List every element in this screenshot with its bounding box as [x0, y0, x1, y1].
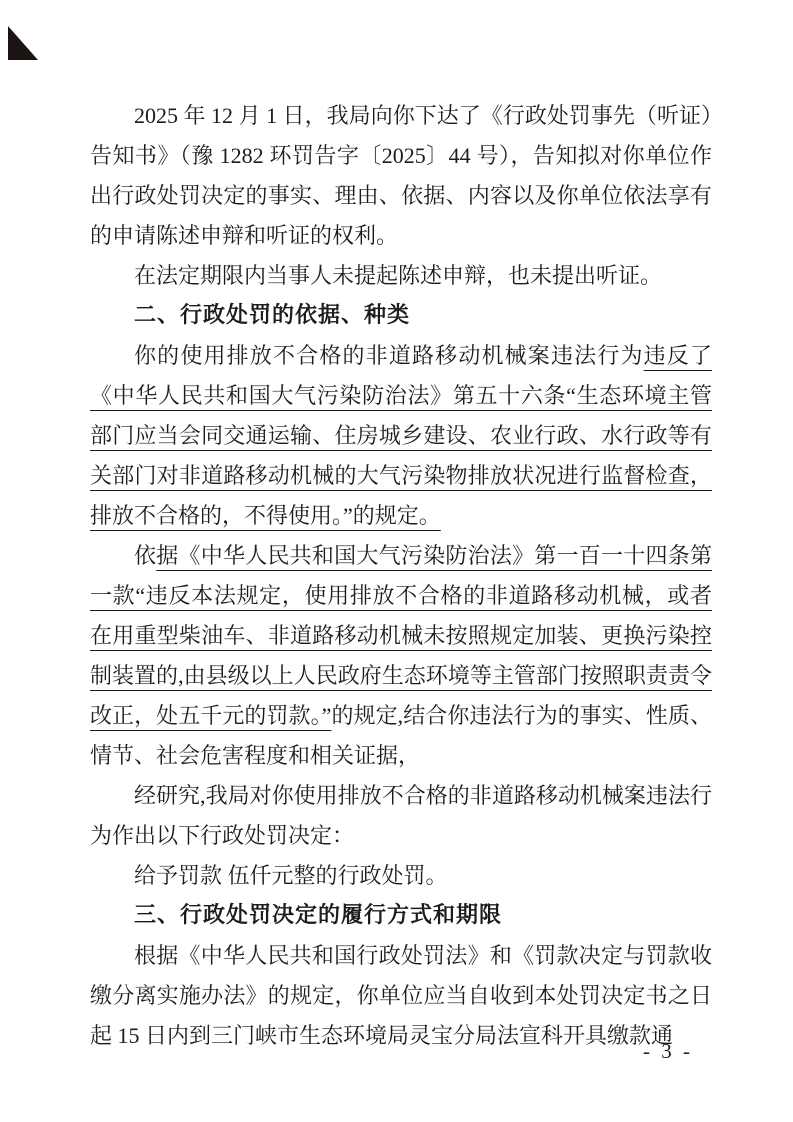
- text-segment: 依: [134, 543, 156, 568]
- underlined-legal-citation: 据《中华人民共和国大气污染防治法》第一百一十四条第一款“违反本法规定，使用排放不…: [90, 543, 712, 728]
- paragraph: 给予罚款 伍仟元整的行政处罚。: [90, 856, 712, 896]
- text-segment: 根据《中华人民共和国行政处罚法》和《罚款决定与罚款收缴分离实施办法》的规定，你单…: [90, 943, 712, 1048]
- section-heading: 三、行政处罚决定的履行方式和期限: [90, 896, 712, 936]
- text-segment: 在法定期限内当事人未提起陈述申辩，也未提出听证。: [134, 263, 662, 288]
- underlined-legal-citation: 违反了《中华人民共和国大气污染防治法》第五十六条“生态环境主管部门应当会同交通运…: [90, 343, 712, 528]
- paragraph: 2025 年 12 月 1 日，我局向你下达了《行政处罚事先（听证）告知书》（豫…: [90, 96, 712, 256]
- page-number: - 3 -: [643, 1036, 693, 1066]
- scan-artifact-corner-triangle: [8, 26, 38, 60]
- paragraph: 在法定期限内当事人未提起陈述申辩，也未提出听证。: [90, 256, 712, 296]
- document-body: 2025 年 12 月 1 日，我局向你下达了《行政处罚事先（听证）告知书》（豫…: [90, 96, 712, 1056]
- paragraph: 根据《中华人民共和国行政处罚法》和《罚款决定与罚款收缴分离实施办法》的规定，你单…: [90, 936, 712, 1056]
- text-segment: 给予罚款 伍仟元整的行政处罚。: [134, 863, 448, 888]
- text-segment: 二、行政处罚的依据、种类: [134, 303, 410, 328]
- text-segment: 三、行政处罚决定的履行方式和期限: [134, 903, 502, 928]
- paragraph: 你的使用排放不合格的非道路移动机械案违法行为违反了《中华人民共和国大气污染防治法…: [90, 336, 712, 536]
- document-page: 2025 年 12 月 1 日，我局向你下达了《行政处罚事先（听证）告知书》（豫…: [0, 0, 793, 1122]
- section-heading: 二、行政处罚的依据、种类: [90, 296, 712, 336]
- paragraph: 经研究,我局对你使用排放不合格的非道路移动机械案违法行为作出以下行政处罚决定：: [90, 776, 712, 856]
- text-segment: 经研究,我局对你使用排放不合格的非道路移动机械案违法行为作出以下行政处罚决定：: [90, 783, 712, 848]
- text-segment: 2025 年 12 月 1 日，我局向你下达了《行政处罚事先（听证）告知书》（豫…: [90, 103, 712, 248]
- text-segment: 你的使用排放不合格的非道路移动机械案违法行为: [134, 343, 644, 368]
- paragraph: 依据《中华人民共和国大气污染防治法》第一百一十四条第一款“违反本法规定，使用排放…: [90, 536, 712, 776]
